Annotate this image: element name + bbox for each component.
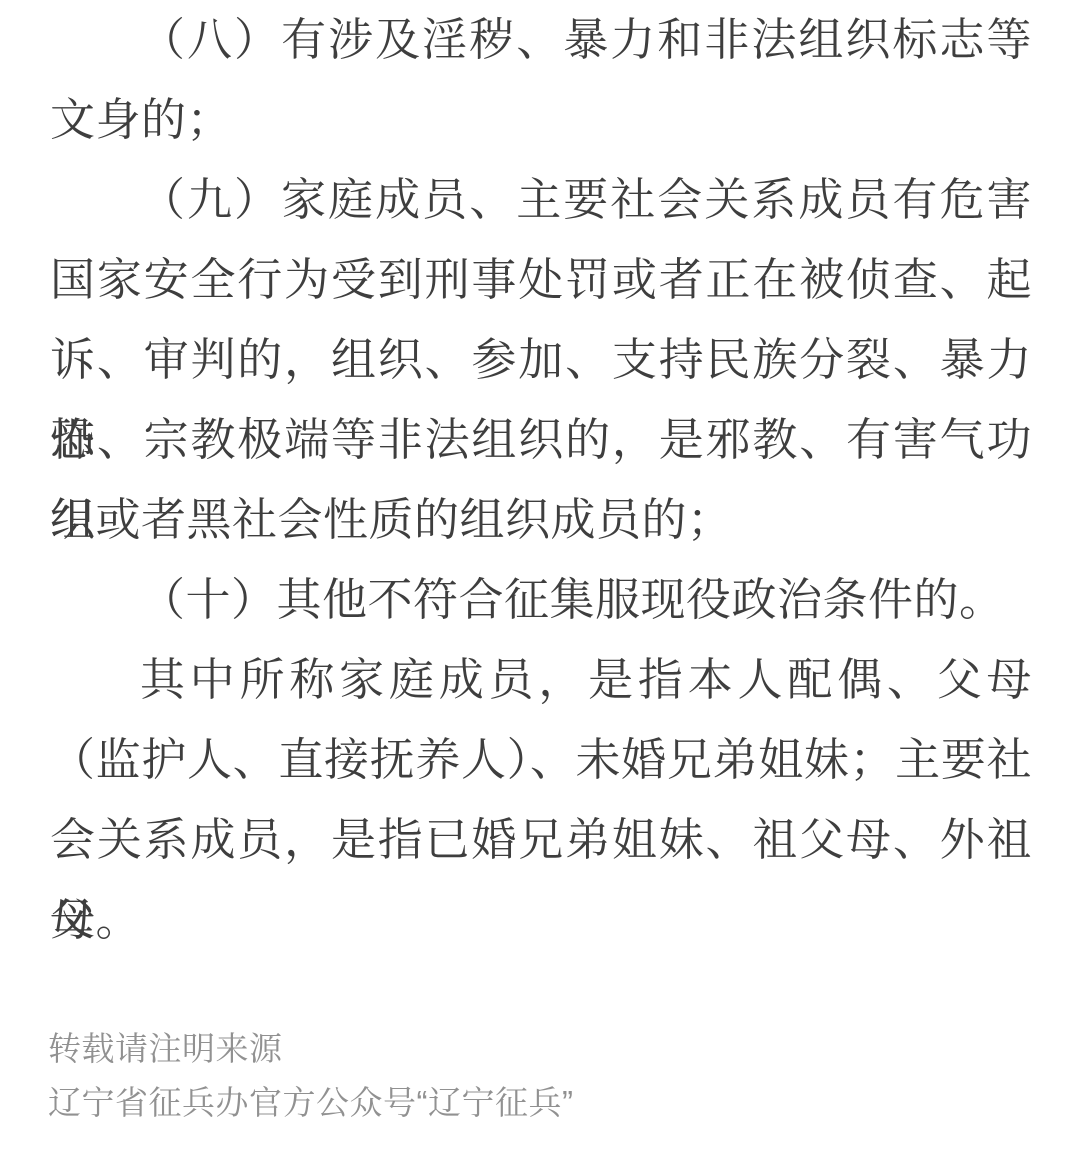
footer-account-name: 辽宁省征兵办官方公众号“辽宁征兵” (48, 1076, 1032, 1130)
footer-source-note: 转载请注明来源 (48, 1022, 1032, 1076)
article-footer: 转载请注明来源 辽宁省征兵办官方公众号“辽宁征兵” (0, 1022, 1080, 1130)
article-body: （八）有涉及淫秽、暴力和非法组织标志等 文身的； （九）家庭成员、主要社会关系成… (0, 0, 1080, 960)
text-line: （十）其他不符合征集服现役政治条件的。 (50, 560, 1032, 640)
text-line: 文身的； (50, 80, 1032, 160)
text-line: 织或者黑社会性质的组织成员的； (50, 480, 1032, 560)
paragraph: （十）其他不符合征集服现役政治条件的。 (50, 560, 1032, 640)
text-line: （九）家庭成员、主要社会关系成员有危害 (50, 160, 1032, 240)
text-line: （八）有涉及淫秽、暴力和非法组织标志等 (50, 0, 1032, 80)
text-line: 其中所称家庭成员，是指本人配偶、父母 (50, 640, 1032, 720)
paragraph: （九）家庭成员、主要社会关系成员有危害 国家安全行为受到刑事处罚或者正在被侦查、… (50, 160, 1032, 560)
paragraph: 其中所称家庭成员，是指本人配偶、父母 （监护人、直接抚养人）、未婚兄弟姐妹；主要… (50, 640, 1032, 960)
text-line: 怖、宗教极端等非法组织的，是邪教、有害气功组 (50, 400, 1032, 480)
text-line: 国家安全行为受到刑事处罚或者正在被侦查、起 (50, 240, 1032, 320)
text-line: 母。 (50, 880, 1032, 960)
text-line: 会关系成员，是指已婚兄弟姐妹、祖父母、外祖父 (50, 800, 1032, 880)
text-line: （监护人、直接抚养人）、未婚兄弟姐妹；主要社 (50, 720, 1032, 800)
text-line: 诉、审判的，组织、参加、支持民族分裂、暴力恐 (50, 320, 1032, 400)
paragraph: （八）有涉及淫秽、暴力和非法组织标志等 文身的； (50, 0, 1032, 160)
